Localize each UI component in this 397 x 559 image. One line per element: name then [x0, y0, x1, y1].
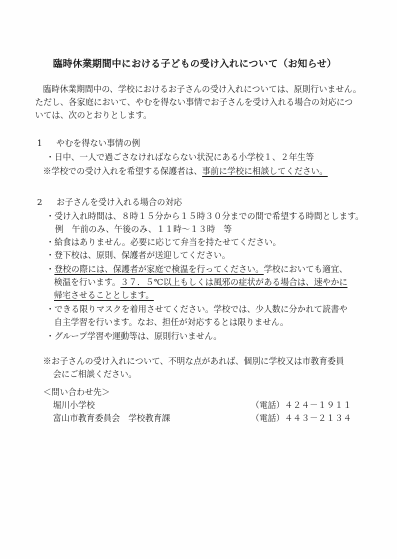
intro-line-1: 臨時休業期間中の、学校におけるお子さんの受け入れについては、原則行いません。 — [43, 84, 361, 95]
section-1-bullet: ・日中、一人で過ごさなければならない状況にある小学校１、２年生等 — [46, 152, 314, 163]
phone-label: （電話） — [251, 413, 285, 423]
underlined-text: 登校の際には、保護者が家庭で検温を行ってください。 — [54, 264, 263, 274]
item-lunch: ・給食はありません。必要に応じて弁当を持たせてください。 — [46, 237, 281, 248]
note-underlined-text: 事前に学校に相談してください。 — [202, 166, 328, 176]
text: 学校においても適宜、 — [264, 264, 348, 274]
section-1-heading: 1やむを得ない事情の例 — [37, 138, 140, 149]
section-number: 2 — [37, 197, 42, 207]
intro-line-3: いては、次のとおりとします。 — [35, 110, 152, 121]
section-title: お子さんを受け入れる場合の対応 — [56, 197, 182, 207]
contact-entry-school-phone: （電話）４２４－１９１１ — [251, 400, 352, 411]
item-mask-line-2: 自主学習を行います。なお、担任が対応するとは限りません。 — [54, 317, 288, 328]
intro-line-2: ただし、各家庭において、やむを得ない事情でお子さんを受け入れる場合の対応につ — [35, 97, 353, 108]
contact-heading: ＜問い合わせ先＞ — [43, 387, 110, 398]
section-1-note: ※学校での受け入れを希望する保護者は、事前に学校に相談してください。 — [43, 166, 328, 177]
closing-note-line-2: 会にご相談ください。 — [53, 369, 137, 380]
item-hours-example: 例 午前のみ、午後のみ、１１時～１３時 等 — [55, 224, 232, 235]
text: 検温を行います。 — [54, 277, 120, 287]
item-temperature-line-1: ・登校の際には、保護者が家庭で検温を行ってください。学校においても適宜、 — [46, 264, 348, 275]
item-group: ・グループ学習や運動等は、原則行いません。 — [46, 331, 222, 342]
item-mask-line-1: ・できる限りマスクを着用させてください。学校では、少人数に分かれて読書や — [46, 304, 348, 315]
contact-entry-board-name: 富山市教育委員会 学校教育課 — [53, 413, 170, 424]
section-title: やむを得ない事情の例 — [56, 138, 140, 148]
contact-entry-board-phone: （電話）４４３－２１３４ — [251, 413, 352, 424]
phone-label: （電話） — [251, 400, 285, 410]
underlined-text: 帰宅させることとします。 — [54, 290, 154, 300]
underlined-text: ３７．５℃以上もしくは風邪の症状がある場合は、速やかに — [120, 277, 347, 287]
item-temperature-line-3: 帰宅させることとします。 — [54, 290, 154, 301]
section-number: 1 — [37, 138, 42, 148]
item-temperature-line-2: 検温を行います。３７．５℃以上もしくは風邪の症状がある場合は、速やかに — [54, 277, 347, 288]
contact-entry-school-name: 堀川小学校 — [53, 400, 95, 411]
item-commute: ・登下校は、原則、保護者が送迎してください。 — [46, 250, 230, 261]
note-text: ※学校での受け入れを希望する保護者は、 — [43, 166, 202, 176]
closing-note-line-1: ※お子さんの受け入れについて、不明な点があれば、個別に学校又は市教育委員 — [43, 356, 344, 367]
document-title: 臨時休業期間中における子どもの受け入れについて（お知らせ） — [53, 59, 337, 70]
phone-number: ４４３－２１３４ — [285, 413, 352, 423]
section-2-heading: 2お子さんを受け入れる場合の対応 — [37, 197, 182, 208]
phone-number: ４２４－１９１１ — [285, 400, 352, 410]
item-hours: ・受け入れ時間は、８時１５分から１５時３０分までの間で希望する時間とします。 — [46, 211, 364, 222]
